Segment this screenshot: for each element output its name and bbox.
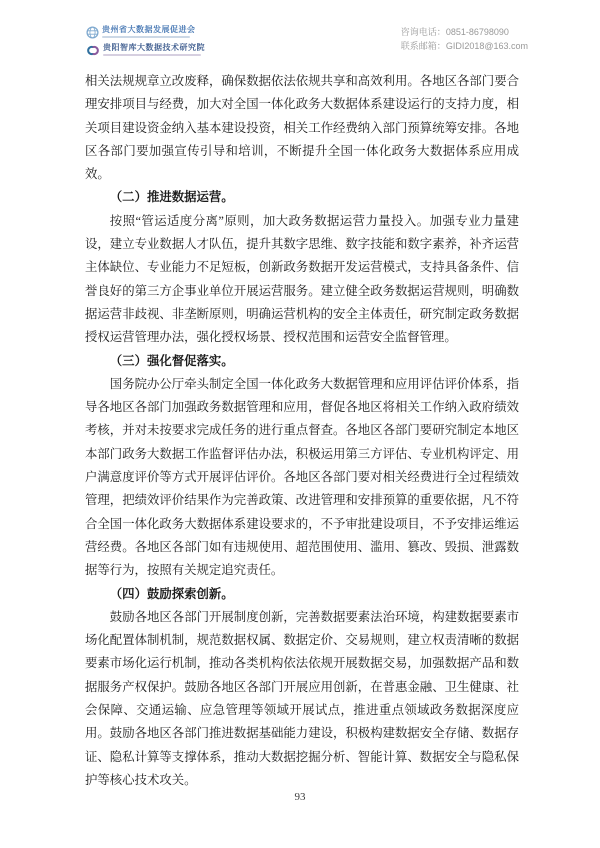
page-number: 93 — [0, 791, 600, 803]
body-paragraph: 鼓励各地区各部门开展制度创新，完善数据要素法治环境，构建数据要素市场化配置体制机… — [85, 606, 519, 792]
section-heading: （三）强化督促落实。 — [85, 350, 519, 373]
institute-logo: 贵阳智库大数据技术研究院 — [86, 43, 205, 57]
email-label: 联系邮箱： — [401, 41, 446, 51]
interlocking-rings-icon — [86, 44, 100, 57]
page-header: 贵州省大数据发展促进会 贵阳智库大数据技术研究院 咨询电话：0851-86 — [86, 25, 528, 57]
section-heading: （四）鼓励探索创新。 — [85, 583, 519, 606]
association-logo-subtitle — [102, 36, 190, 38]
contact-email-line: 联系邮箱：GIDI2018@163.com — [401, 39, 528, 53]
institute-logo-subtitle — [103, 54, 201, 56]
email-address: GIDI2018@163.com — [446, 41, 528, 51]
document-body: 相关法规规章立改废释，确保数据依法依规共享和高效利用。各地区各部门要合理安排项目… — [85, 70, 519, 792]
association-logo-name: 贵州省大数据发展促进会 — [102, 25, 196, 34]
section-heading: （二）推进数据运营。 — [85, 186, 519, 209]
document-page: 贵州省大数据发展促进会 贵阳智库大数据技术研究院 咨询电话：0851-86 — [0, 0, 600, 848]
phone-number: 0851-86798090 — [446, 27, 509, 37]
globe-icon — [86, 26, 99, 39]
body-paragraph: 按照“管运适度分离”原则，加大政务数据运营力量投入。加强专业力量建设，建立专业数… — [85, 210, 519, 350]
contact-phone-line: 咨询电话：0851-86798090 — [401, 25, 528, 39]
phone-label: 咨询电话： — [401, 27, 446, 37]
logo-area: 贵州省大数据发展促进会 贵阳智库大数据技术研究院 — [86, 25, 205, 57]
contact-info: 咨询电话：0851-86798090 联系邮箱：GIDI2018@163.com — [401, 25, 528, 53]
body-paragraph: 相关法规规章立改废释，确保数据依法依规共享和高效利用。各地区各部门要合理安排项目… — [85, 70, 519, 186]
institute-logo-name: 贵阳智库大数据技术研究院 — [103, 43, 205, 52]
body-paragraph: 国务院办公厅牵头制定全国一体化政务大数据管理和应用评估评价体系，指导各地区各部门… — [85, 373, 519, 583]
association-logo: 贵州省大数据发展促进会 — [86, 25, 205, 39]
